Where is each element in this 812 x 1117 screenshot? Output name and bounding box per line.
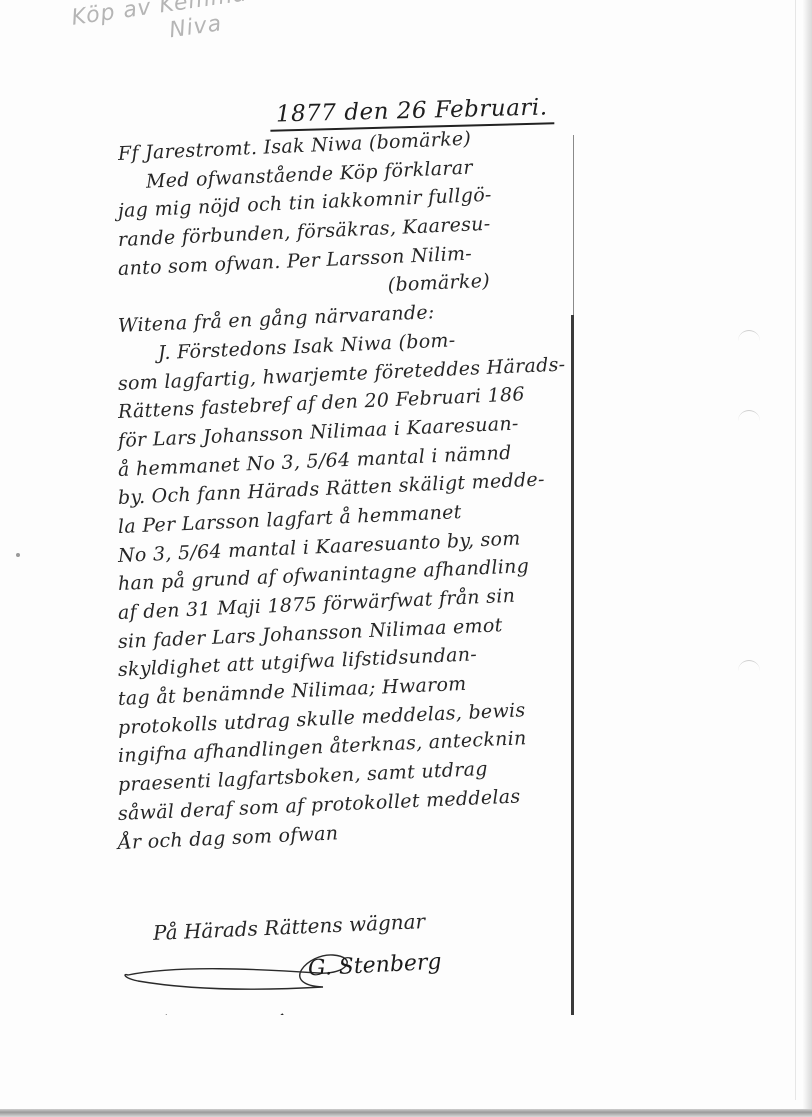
scanned-document-page: Köp av Kemman Niva 1877 den 26 Februari.… <box>0 0 812 1117</box>
cutoff-handwriting <box>155 1005 455 1015</box>
margin-rule-faint <box>573 135 574 315</box>
scanner-edge-right <box>802 0 812 1117</box>
page-fold-line <box>795 0 796 1100</box>
cutoff-strokes-icon <box>155 1013 455 1015</box>
signature-block: På Härads Rättens wägnar G. Stenberg <box>118 915 578 1015</box>
punch-hole-mark <box>738 330 760 341</box>
closing-phrase: På Härads Rättens wägnar <box>153 909 426 945</box>
scan-speck <box>16 553 20 557</box>
punch-hole-mark <box>738 410 760 421</box>
pencil-annotation: Köp av Kemman Niva <box>70 0 267 57</box>
handwritten-body: Ff Jarestromt. Isak Niwa (bomärke) Med o… <box>118 140 573 857</box>
scanner-edge-bottom <box>0 1109 812 1117</box>
punch-hole-mark <box>738 660 760 671</box>
